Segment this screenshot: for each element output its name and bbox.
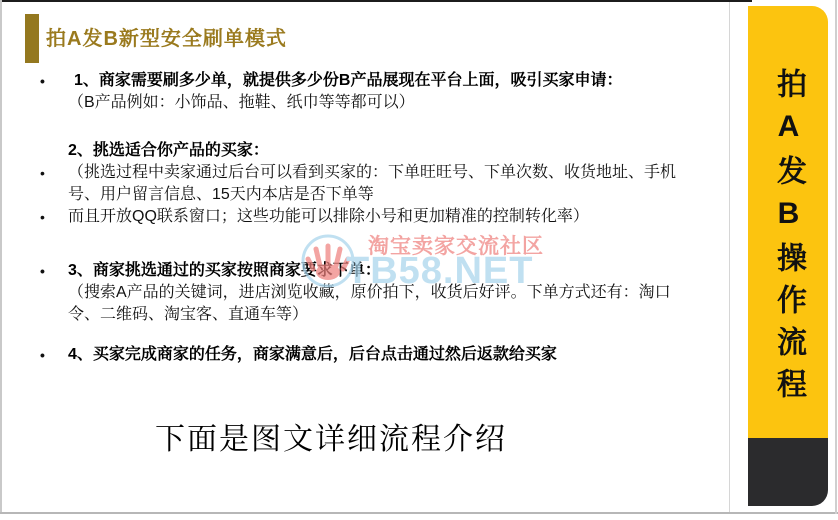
slide: 拍A发B新型安全刷单模式 •1、商家需要刷多少单，就提供多少份B产品展现在平台上… [0,0,838,520]
bullet-dot: • [36,162,68,184]
bullet-dot: • [36,344,68,366]
list-item: （B产品例如：小饰品、拖鞋、纸巾等等都可以） [36,92,704,114]
content-banner-divider [729,2,730,512]
bullet-dot: • [36,260,68,282]
list-item: •（挑选过程中卖家通过后台可以看到买家的：下单旺旺号、下单次数、收货地址、手机号… [36,162,704,206]
footer-note: 下面是图文详细流程介绍 [155,414,507,458]
bullet-list: •1、商家需要刷多少单，就提供多少份B产品展现在平台上面，吸引买家申请：（B产品… [36,70,704,366]
bullet-dot: • [36,206,68,228]
list-item: （搜索A产品的关键词，进店浏览收藏，原价拍下，收货后好评。下单方式还有：淘口令、… [36,282,704,326]
side-banner-black-tail [748,438,828,506]
list-item: •而且开放QQ联系窗口；这些功能可以排除小号和更加精准的控制转化率） [36,206,704,228]
slide-left-border [0,0,2,514]
side-banner-yellow: 拍A发B操作流程 [748,6,828,438]
slide-top-border [0,0,752,2]
list-item-text: （搜索A产品的关键词，进店浏览收藏，原价拍下，收货后好评。下单方式还有：淘口令、… [68,282,700,326]
list-item: 2、挑选适合你产品的买家： [36,140,704,162]
slide-right-border [835,0,837,514]
list-item-text: 2、挑选适合你产品的买家： [68,140,700,162]
list-item-text: （挑选过程中卖家通过后台可以看到买家的：下单旺旺号、下单次数、收货地址、手机号、… [68,162,700,206]
side-banner-vertical-title: 拍A发B操作流程 [748,68,828,438]
title-accent-bar [25,14,39,63]
list-item-text: 3、商家挑选通过的买家按照商家要求下单： [68,260,700,282]
list-item: •1、商家需要刷多少单，就提供多少份B产品展现在平台上面，吸引买家申请： [36,70,704,92]
list-item-text: 1、商家需要刷多少单，就提供多少份B产品展现在平台上面，吸引买家申请： [68,70,704,92]
list-item: •4、买家完成商家的任务，商家满意后，后台点击通过然后返款给买家 [36,344,704,366]
list-item: •3、商家挑选通过的买家按照商家要求下单： [36,260,704,282]
page-title: 拍A发B新型安全刷单模式 [46,22,287,51]
bullet-dot: • [36,70,68,92]
list-item-text: （B产品例如：小饰品、拖鞋、纸巾等等都可以） [68,92,700,114]
list-item-text: 而且开放QQ联系窗口；这些功能可以排除小号和更加精准的控制转化率） [68,206,700,228]
list-item-text: 4、买家完成商家的任务，商家满意后，后台点击通过然后返款给买家 [68,344,700,366]
slide-bottom-border [0,512,838,514]
